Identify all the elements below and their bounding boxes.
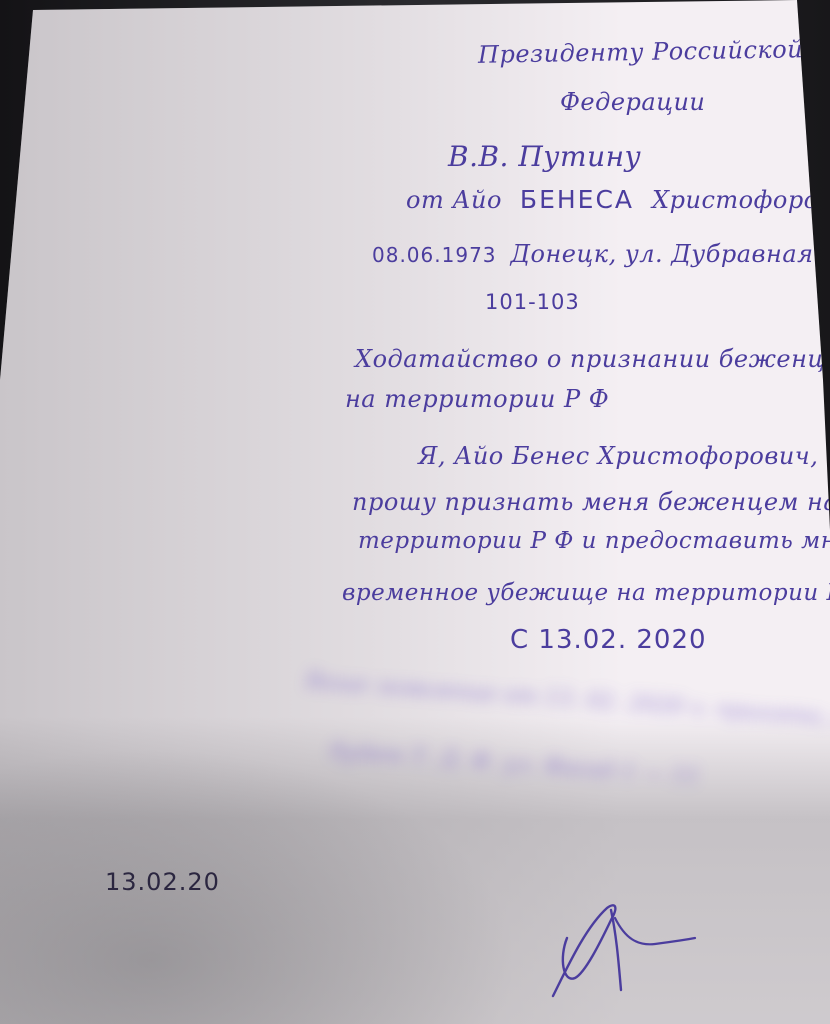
sender-address-number: 101-103 [485,290,580,314]
body-line-1: Я, Айо Бенес Христофорович, [418,442,818,470]
birth-date: 08.06.1973 [372,243,497,267]
addressee-line-3: В.В. Путину [448,140,641,173]
addressee-line-1: Президенту Российской [478,35,804,69]
body-line-2: прошу признать меня беженцем на [352,488,830,516]
body-line-5-date: С 13.02. 2020 [510,625,707,655]
sender-address: Донецк, ул. Дубравная [511,240,814,268]
sender-patronymic: Христофоровича [652,186,830,214]
petition-title-line-1: Ходатайство о признании беженцем [355,345,830,373]
body-line-3: территории Р Ф и предоставить мне [358,528,830,554]
redacted-line-1: Ваше заявление от 13. 02. 2020 г. принят… [305,669,830,737]
sender-surname: БЕНЕСА [520,185,634,214]
sender-details-line: 08.06.1973 Донецк, ул. Дубравная [372,240,814,268]
signature-icon [545,898,705,1003]
petition-title-line-2: на территории Р Ф [345,385,609,413]
paper-sheet: Президенту Российской Федерации В.В. Пут… [0,0,830,1024]
sender-prefix: от Айо [406,186,502,214]
footer-date: 13.02.20 [105,868,220,896]
sender-line: от Айо БЕНЕСА Христофоровича [406,185,830,214]
redacted-line-2: будет Т. Д. Ф. ул. Фасад 1 — 11 [330,739,701,790]
addressee-line-2: Федерации [560,88,705,116]
body-line-4: временное убежище на территории Р Ф [342,580,830,606]
